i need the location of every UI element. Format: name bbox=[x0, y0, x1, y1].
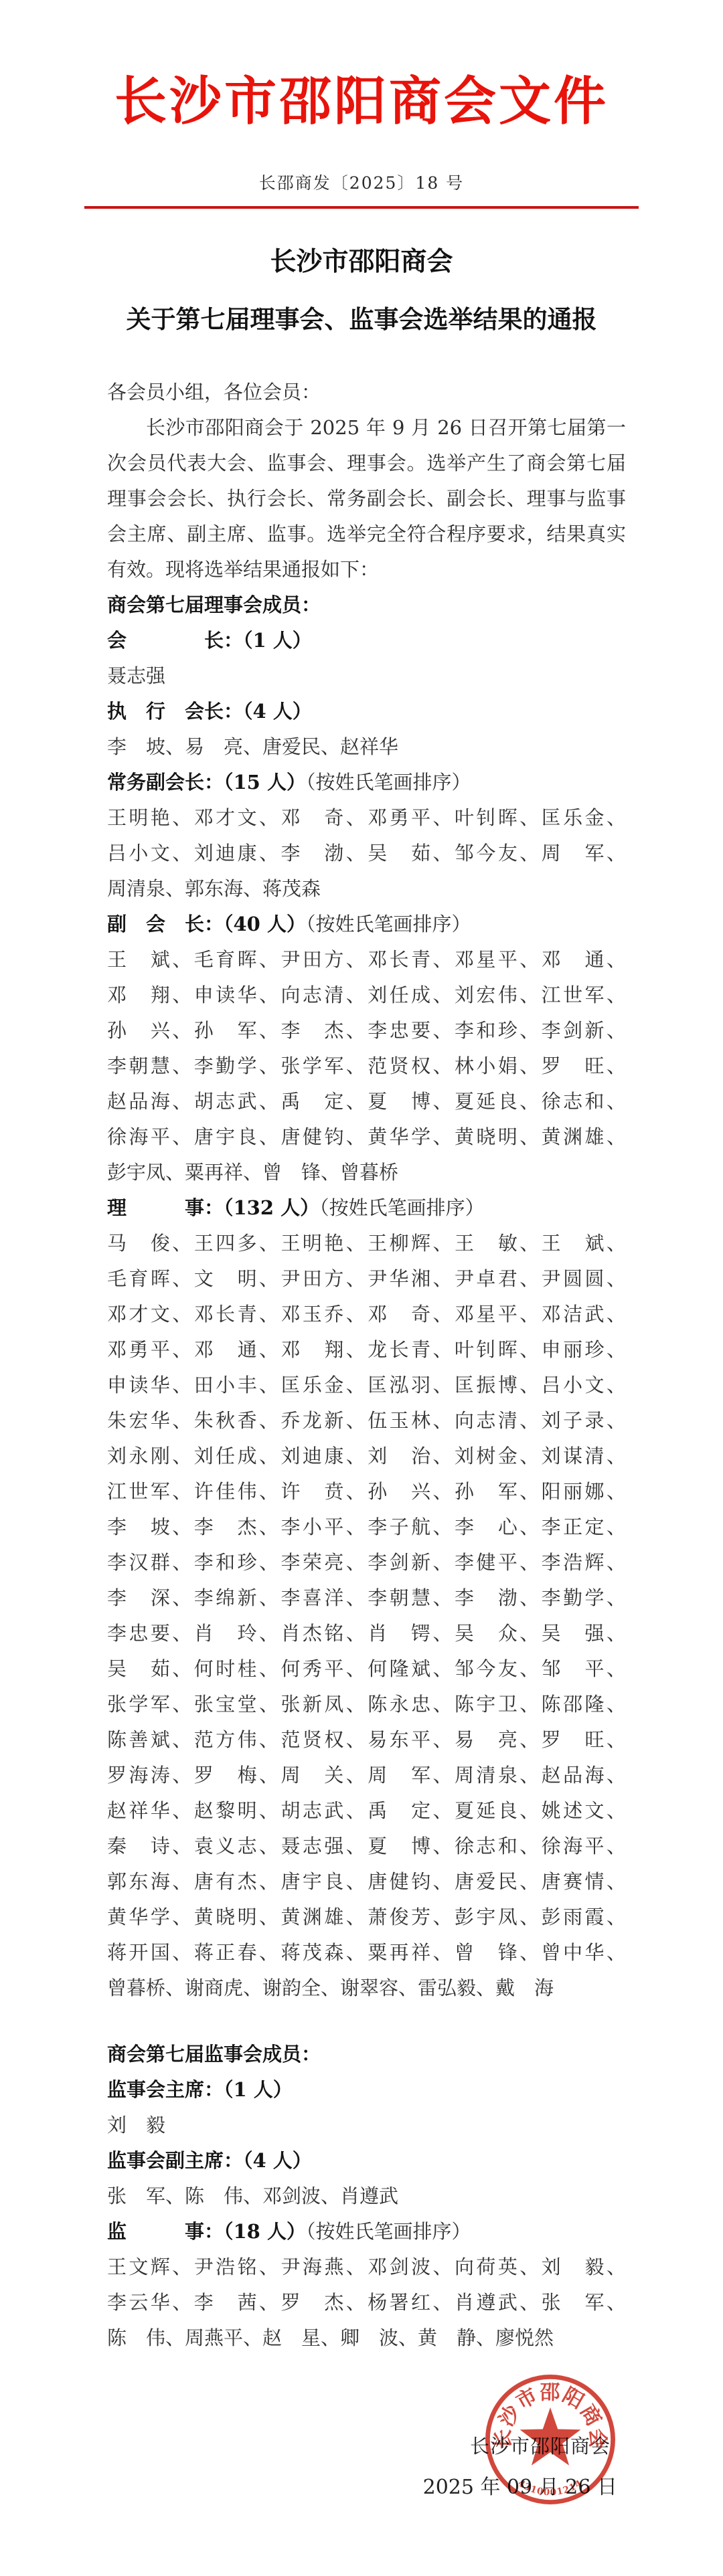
document-body: 各会员小组，各位会员： 长沙市邵阳商会于 2025 年 9 月 26 日召开第七… bbox=[0, 375, 723, 2356]
member-name-row: 王 斌、毛育晖、尹田方、邓长青、邓星平、邓 通、 bbox=[107, 942, 626, 978]
member-name-row: 王文辉、尹浩铭、尹海燕、邓剑波、向荷英、刘 毅、 bbox=[107, 2249, 626, 2285]
role-header: 监 事：（18 人）（按姓氏笔画排序） bbox=[107, 2214, 626, 2249]
member-name-row: 彭宇凤、粟再祥、曾 锋、曾暮桥 bbox=[107, 1155, 626, 1190]
member-name-row: 蒋开国、蒋正春、蒋茂森、粟再祥、曾 锋、曾中华、 bbox=[107, 1935, 626, 1970]
member-name-row: 赵祥华、赵黎明、胡志武、禹 定、夏延良、姚述文、 bbox=[107, 1793, 626, 1829]
document-page: 长沙市邵阳商会文件 长邵商发〔2025〕18 号 长沙市邵阳商会 关于第七届理事… bbox=[0, 0, 723, 2576]
role-label: 常务副会长：（15 人） bbox=[107, 771, 306, 794]
role-label: 监 事：（18 人） bbox=[107, 2220, 306, 2243]
group-title: 商会第七届监事会成员： bbox=[107, 2037, 626, 2072]
role-label: 监事会副主席：（4 人） bbox=[107, 2149, 312, 2172]
member-name-row: 刘 毅 bbox=[107, 2108, 626, 2143]
member-name-row: 张学军、张宝堂、张新凤、陈永忠、陈宇卫、陈邵隆、 bbox=[107, 1687, 626, 1722]
member-name-row: 王明艳、邓才文、邓 奇、邓勇平、叶钊晖、匡乐金、 bbox=[107, 800, 626, 836]
role-label: 执 行 会长：（4 人） bbox=[107, 700, 312, 723]
member-name-row: 周清泉、郭东海、蒋茂森 bbox=[107, 871, 626, 907]
role-header: 监事会主席：（1 人） bbox=[107, 2072, 626, 2108]
member-name-row: 李忠要、肖 玲、肖杰铭、肖 锷、吴 众、吴 强、 bbox=[107, 1616, 626, 1651]
member-name-row: 李 深、李绵新、李喜洋、李朝慧、李 渤、李勤学、 bbox=[107, 1580, 626, 1616]
red-divider-line bbox=[84, 206, 639, 209]
role-note: （按姓氏笔画排序） bbox=[319, 1196, 485, 1219]
member-name-row: 李汉群、李和珍、李荣亮、李剑新、李健平、李浩辉、 bbox=[107, 1545, 626, 1580]
member-name-row: 吴 茹、何时桂、何秀平、何隆斌、邹今友、邹 平、 bbox=[107, 1651, 626, 1687]
role-header: 会 长：（1 人） bbox=[107, 623, 626, 658]
intro-paragraph: 长沙市邵阳商会于 2025 年 9 月 26 日召开第七届第一次会员代表大会、监… bbox=[107, 410, 626, 587]
member-name-row: 陈善斌、范方伟、范贤权、易东平、易 亮、罗 旺、 bbox=[107, 1722, 626, 1758]
salutation: 各会员小组，各位会员： bbox=[107, 375, 626, 410]
member-name-row: 江世军、许佳伟、许 贲、孙 兴、孙 军、阳丽娜、 bbox=[107, 1474, 626, 1509]
member-name-row: 秦 诗、袁义志、聂志强、夏 博、徐志和、徐海平、 bbox=[107, 1829, 626, 1864]
member-name-row: 陈 伟、周燕平、赵 星、卿 波、黄 静、廖悦然 bbox=[107, 2320, 626, 2356]
role-note: （按姓氏笔画排序） bbox=[306, 913, 471, 935]
member-name-row: 邓 翔、申读华、向志清、刘任成、刘宏伟、江世军、 bbox=[107, 978, 626, 1013]
member-name-row: 马 俊、王四多、王明艳、王柳辉、王 敏、王 斌、 bbox=[107, 1226, 626, 1261]
member-name-row: 罗海涛、罗 梅、周 关、周 军、周清泉、赵品海、 bbox=[107, 1758, 626, 1793]
member-name-row: 聂志强 bbox=[107, 658, 626, 694]
group-title: 商会第七届理事会成员： bbox=[107, 587, 626, 623]
member-name-row: 李朝慧、李勤学、张学军、范贤权、林小娟、罗 旺、 bbox=[107, 1048, 626, 1084]
official-seal: 长沙市邵阳商会 4310001214 bbox=[481, 2370, 620, 2509]
member-name-row: 李 坡、易 亮、唐爱民、赵祥华 bbox=[107, 729, 626, 765]
member-name-row: 郭东海、唐有杰、唐宇良、唐健钧、唐爱民、唐赛情、 bbox=[107, 1864, 626, 1900]
document-title: 长沙市邵阳商会文件 bbox=[0, 0, 723, 135]
member-name-row: 朱宏华、朱秋香、乔龙新、伍玉林、向志清、刘子录、 bbox=[107, 1403, 626, 1439]
member-name-row: 邓才文、邓长青、邓玉乔、邓 奇、邓星平、邓洁武、 bbox=[107, 1297, 626, 1332]
member-name-row: 邓勇平、邓 通、邓 翔、龙长青、叶钊晖、申丽珍、 bbox=[107, 1332, 626, 1368]
role-label: 监事会主席：（1 人） bbox=[107, 2078, 293, 2101]
notice-title: 关于第七届理事会、监事会选举结果的通报 bbox=[0, 302, 723, 336]
member-name-row: 申读华、田小丰、匡乐金、匡泓羽、匡振博、吕小文、 bbox=[107, 1368, 626, 1403]
member-name-row: 徐海平、唐宇良、唐健钧、黄华学、黄晓明、黄渊雄、 bbox=[107, 1119, 626, 1155]
role-header: 监事会副主席：（4 人） bbox=[107, 2143, 626, 2179]
role-note: （按姓氏笔画排序） bbox=[306, 2220, 471, 2243]
member-name-row: 黄华学、黄晓明、黄渊雄、萧俊芳、彭宇凤、彭雨霞、 bbox=[107, 1900, 626, 1935]
member-name-row: 张 军、陈 伟、邓剑波、肖遵武 bbox=[107, 2179, 626, 2214]
role-header: 常务副会长：（15 人）（按姓氏笔画排序） bbox=[107, 765, 626, 800]
member-name-row: 赵品海、胡志武、禹 定、夏 博、夏延良、徐志和、 bbox=[107, 1084, 626, 1119]
role-header: 理 事：（132 人）（按姓氏笔画排序） bbox=[107, 1190, 626, 1226]
member-name-row: 毛育晖、文 明、尹田方、尹华湘、尹卓君、尹圆圆、 bbox=[107, 1261, 626, 1297]
member-name-row: 曾暮桥、谢商虎、谢韵全、谢翠容、雷弘毅、戴 海 bbox=[107, 1970, 626, 2006]
member-name-row: 孙 兴、孙 军、李 杰、李忠要、李和珍、李剑新、 bbox=[107, 1013, 626, 1048]
document-number: 长邵商发〔2025〕18 号 bbox=[0, 173, 723, 194]
seal-star-icon bbox=[520, 2407, 581, 2466]
role-header: 执 行 会长：（4 人） bbox=[107, 694, 626, 729]
member-name-row: 吕小文、刘迪康、李 渤、吴 茹、邹今友、周 军、 bbox=[107, 836, 626, 871]
role-label: 会 长：（1 人） bbox=[107, 629, 312, 652]
role-header: 副 会 长：（40 人）（按姓氏笔画排序） bbox=[107, 907, 626, 942]
member-sections: 商会第七届理事会成员：会 长：（1 人）聂志强执 行 会长：（4 人）李 坡、易… bbox=[107, 587, 626, 2356]
member-name-row: 李 坡、李 杰、李小平、李子航、李 心、李正定、 bbox=[107, 1509, 626, 1545]
role-note: （按姓氏笔画排序） bbox=[306, 771, 471, 794]
member-name-row: 刘永刚、刘任成、刘迪康、刘 治、刘树金、刘谋清、 bbox=[107, 1439, 626, 1474]
role-label: 副 会 长：（40 人） bbox=[107, 913, 306, 935]
org-name-heading: 长沙市邵阳商会 bbox=[0, 245, 723, 278]
role-label: 理 事：（132 人） bbox=[107, 1196, 319, 1219]
member-name-row: 李云华、李 茜、罗 杰、杨署红、肖遵武、张 军、 bbox=[107, 2285, 626, 2320]
